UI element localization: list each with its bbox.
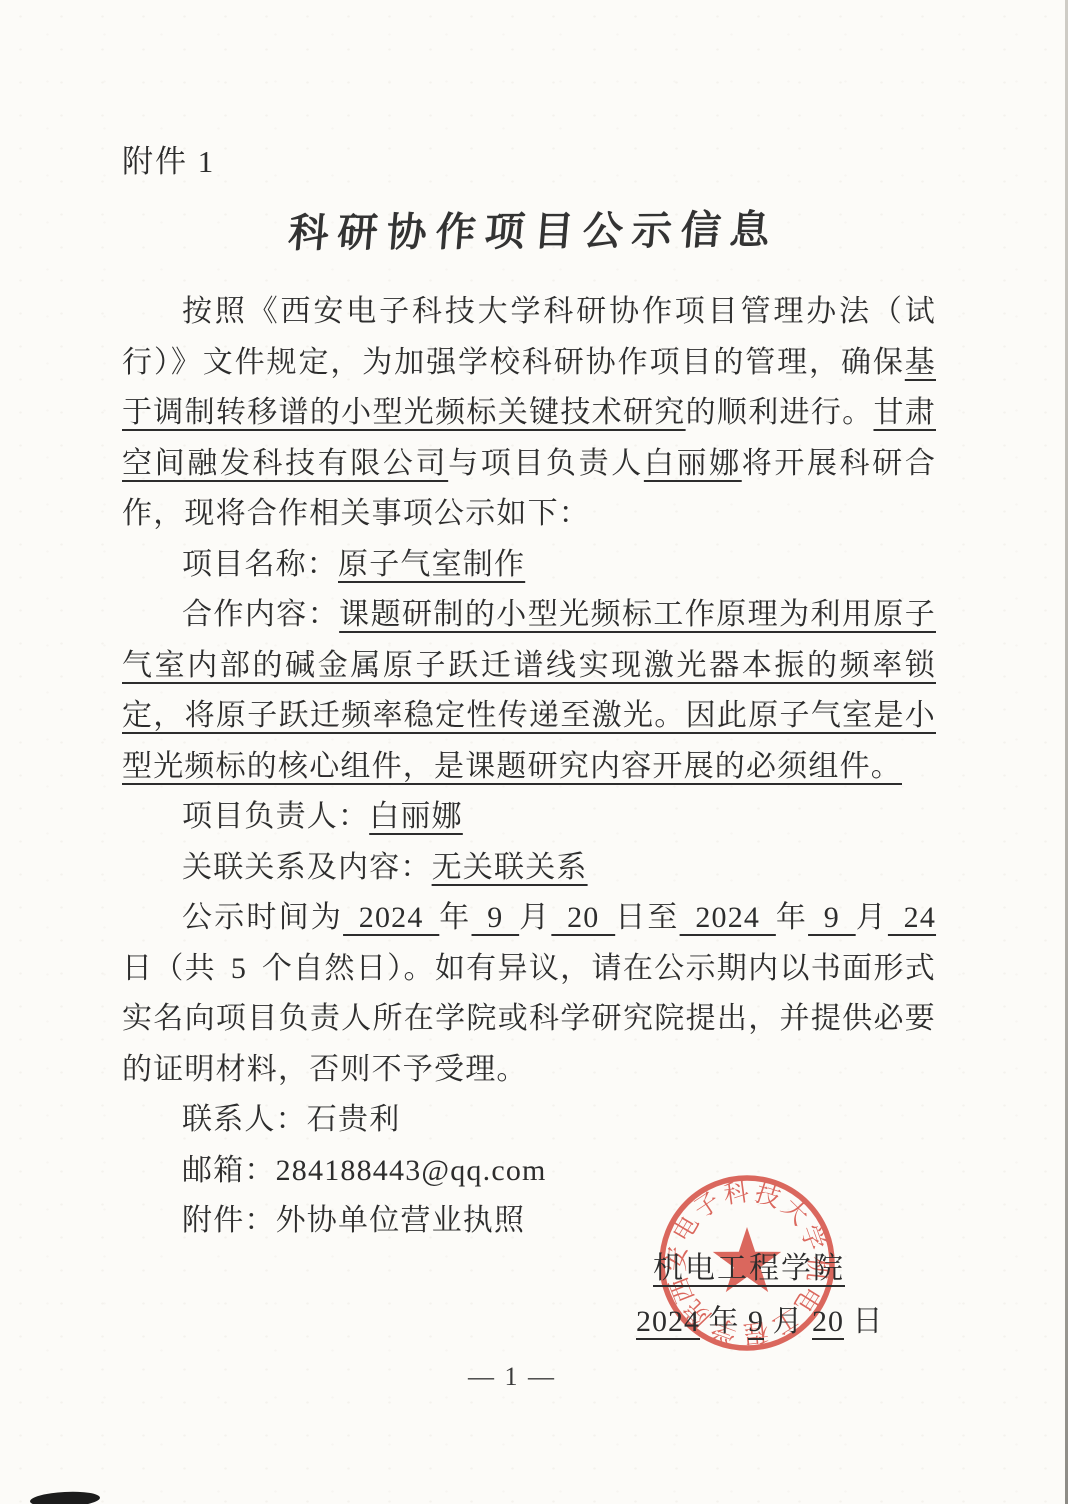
signature-date: 2024 年 9 月 20 日 xyxy=(636,1296,884,1340)
text-segment: 年 xyxy=(700,1305,748,1338)
paragraph: 合作内容：课题研制的小型光频标工作原理为利用原子气室内部的碱金属原子跃迁谱线实现… xyxy=(122,590,936,792)
text-segment: 附件：外协单位营业执照 xyxy=(182,1204,525,1237)
text-segment: 联系人：石贵利 xyxy=(182,1103,400,1136)
text-segment: 2024 xyxy=(680,901,776,934)
text-segment: 邮箱：284188443@qq.com xyxy=(182,1154,547,1187)
scan-artifact-blot xyxy=(30,1490,101,1504)
signature-org: 机电工程学院 xyxy=(653,1243,845,1287)
paragraph: 公示时间为 2024 年 9 月 20 日至 2024 年 9 月 24 日（共… xyxy=(122,893,936,1095)
text-segment: 关联关系及内容： xyxy=(182,851,432,884)
text-segment: 月 xyxy=(764,1305,812,1338)
text-segment: 9 xyxy=(748,1305,764,1338)
text-segment: 机电工程学院 xyxy=(653,1252,845,1285)
text-segment: 24 xyxy=(888,901,936,934)
text-segment: 9 xyxy=(808,901,856,934)
text-segment: 与项目负责人 xyxy=(448,447,644,480)
page-number: — 1 — xyxy=(432,1362,592,1392)
text-segment: 原子气室制作 xyxy=(338,548,525,581)
text-segment: 项目名称： xyxy=(182,548,338,581)
page-title: 科研协作项目公示信息 xyxy=(0,196,1068,260)
text-segment: 合作内容： xyxy=(182,598,339,631)
text-segment: 年 xyxy=(439,901,471,934)
paragraph: 项目负责人：白丽娜 xyxy=(122,792,936,843)
attachment-label: 附件 1 xyxy=(122,136,215,181)
text-segment: 日 xyxy=(844,1305,884,1338)
text-segment: 公示时间为 xyxy=(182,901,343,934)
paragraph: 联系人：石贵利 xyxy=(122,1095,936,1146)
text-segment: 9 xyxy=(472,901,520,934)
text-segment: 年 xyxy=(776,901,808,934)
text-segment: 日至 xyxy=(615,901,679,934)
text-segment: 20 xyxy=(551,901,615,934)
text-segment: 白丽娜 xyxy=(369,800,463,833)
text-segment: 按照《西安电子科技大学科研协作项目管理办法（试行）》文件规定，为加强学校科研协作… xyxy=(122,295,936,379)
text-segment: 白丽娜 xyxy=(644,447,742,480)
text-segment: 无关联关系 xyxy=(432,851,588,884)
text-segment: 月 xyxy=(519,901,551,934)
text-segment: 2024 xyxy=(636,1305,700,1338)
paragraph: 项目名称：原子气室制作 xyxy=(122,540,936,591)
paragraph: 关联关系及内容：无关联关系 xyxy=(122,843,936,894)
document-body: 按照《西安电子科技大学科研协作项目管理办法（试行）》文件规定，为加强学校科研协作… xyxy=(122,287,936,1247)
document-page: 附件 1 科研协作项目公示信息 按照《西安电子科技大学科研协作项目管理办法（试行… xyxy=(0,0,1068,1504)
paragraph: 按照《西安电子科技大学科研协作项目管理办法（试行）》文件规定，为加强学校科研协作… xyxy=(122,287,936,540)
text-segment: 日（共 5 个自然日）。如有异议，请在公示期内以书面形式实名向项目负责人所在学院… xyxy=(122,952,936,1086)
text-segment: 项目负责人： xyxy=(182,800,369,833)
text-segment: 月 xyxy=(856,901,888,934)
text-segment: 2024 xyxy=(343,901,439,934)
text-segment: 20 xyxy=(812,1305,844,1338)
text-segment: 的顺利进行。 xyxy=(686,396,874,429)
